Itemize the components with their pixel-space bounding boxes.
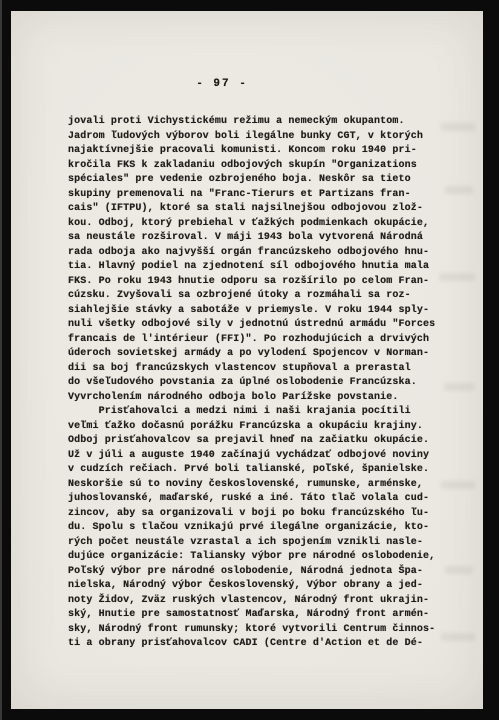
text-line: ský, Hnutie pre samostatnosť Maďarska, N… bbox=[68, 608, 448, 623]
text-line: rada odboja ako najvyšší orgán francúzsk… bbox=[68, 246, 448, 261]
page-number: - 97 - bbox=[162, 78, 282, 90]
text-line: veľmi ťažko dočasnú porážku Francúzska a… bbox=[68, 420, 448, 435]
book-page: - 97 - jovali proti Vichystickému režimu… bbox=[11, 11, 483, 709]
text-line: cais" (IFTPU), ktoré sa stali najsilnejš… bbox=[68, 202, 448, 217]
text-line: Odboj prisťahovalcov sa prejavil hneď na… bbox=[68, 434, 448, 449]
text-line: nielska, Národný výbor Československý, V… bbox=[68, 579, 448, 594]
text-line: francais de l'intérieur (FFI)". Po rozho… bbox=[68, 333, 448, 348]
bleed-through-mark bbox=[445, 566, 473, 574]
text-line: siahlejšie stávky a sabotáže v priemysle… bbox=[68, 304, 448, 319]
bleed-through-mark bbox=[444, 383, 474, 391]
text-line: Poľský výbor pre národné oslobodenie, Ná… bbox=[68, 565, 448, 580]
text-line: tia. Hlavný podiel na zjednotení síl odb… bbox=[68, 260, 448, 275]
text-block: jovali proti Vichystickému režimu a neme… bbox=[68, 115, 448, 652]
text-line: najaktívnejšie pracovali komunisti. Konc… bbox=[68, 144, 448, 159]
text-line: spéciales" pre vedenie ozbrojeného boja.… bbox=[68, 173, 448, 188]
text-line: skupiny premenovali na "Franc-Tierurs et… bbox=[68, 188, 448, 203]
text-line: ti a obrany prisťahovalcov CADI (Centre … bbox=[68, 637, 448, 652]
text-line: Neskoršie sú to noviny československé, r… bbox=[68, 478, 448, 493]
text-line: sky, Národný front rumunsky; ktoré vytvo… bbox=[68, 623, 448, 638]
bleed-through-mark bbox=[441, 123, 475, 131]
text-line: noty Židov, Zväz ruských vlastencov, Nár… bbox=[68, 594, 448, 609]
text-line: cúzsku. Zvyšovali sa ozbrojené útoky a r… bbox=[68, 289, 448, 304]
text-line: Prisťahovalci a medzi nimi i naši krajan… bbox=[68, 405, 448, 420]
text-line: Už v júli a auguste 1940 začínajú vychád… bbox=[68, 449, 448, 464]
text-line: úderoch sovietskej armády a po vylodení … bbox=[68, 347, 448, 362]
text-line: juhoslovanské, maďarské, ruské a iné. Tá… bbox=[68, 492, 448, 507]
text-line: kou. Odboj, ktorý prebiehal v ťažkých po… bbox=[68, 217, 448, 232]
bleed-through-mark bbox=[445, 186, 473, 194]
text-line: dii sa boj francúzskych vlastencov stupň… bbox=[68, 362, 448, 377]
text-line: sa neustále rozširoval. V máji 1943 bola… bbox=[68, 231, 448, 246]
text-line: FKS. Po roku 1943 hnutie odporu sa rozší… bbox=[68, 275, 448, 290]
text-line: dujúce organizácie: Taliansky výbor pre … bbox=[68, 550, 448, 565]
text-line: do všeľudového povstania za úplné oslobo… bbox=[68, 376, 448, 391]
text-line: v cudzích rečiach. Prvé boli talianské, … bbox=[68, 463, 448, 478]
text-line: Jadrom ľudových výborov boli ilegálne bu… bbox=[68, 130, 448, 145]
text-line: Vyvrcholením národného odboja bolo Paríž… bbox=[68, 391, 448, 406]
text-line: zincov, aby sa organizovali v boji po bo… bbox=[68, 507, 448, 522]
scanned-page-photo: - 97 - jovali proti Vichystickému režimu… bbox=[0, 0, 499, 720]
bleed-through-mark bbox=[439, 273, 475, 281]
text-line: jovali proti Vichystickému režimu a neme… bbox=[68, 115, 448, 130]
text-line: nuli všetky odbojové sily v jednotnú úst… bbox=[68, 318, 448, 333]
bleed-through-mark bbox=[441, 481, 475, 489]
bleed-through-mark bbox=[441, 633, 475, 641]
text-line: rých počet neustále vzrastal a ich spoje… bbox=[68, 536, 448, 551]
text-line: du. Spolu s tlačou vznikajú prvé ilegáln… bbox=[68, 521, 448, 536]
text-line: kročila FKS k zakladaniu odbojových skup… bbox=[68, 159, 448, 174]
